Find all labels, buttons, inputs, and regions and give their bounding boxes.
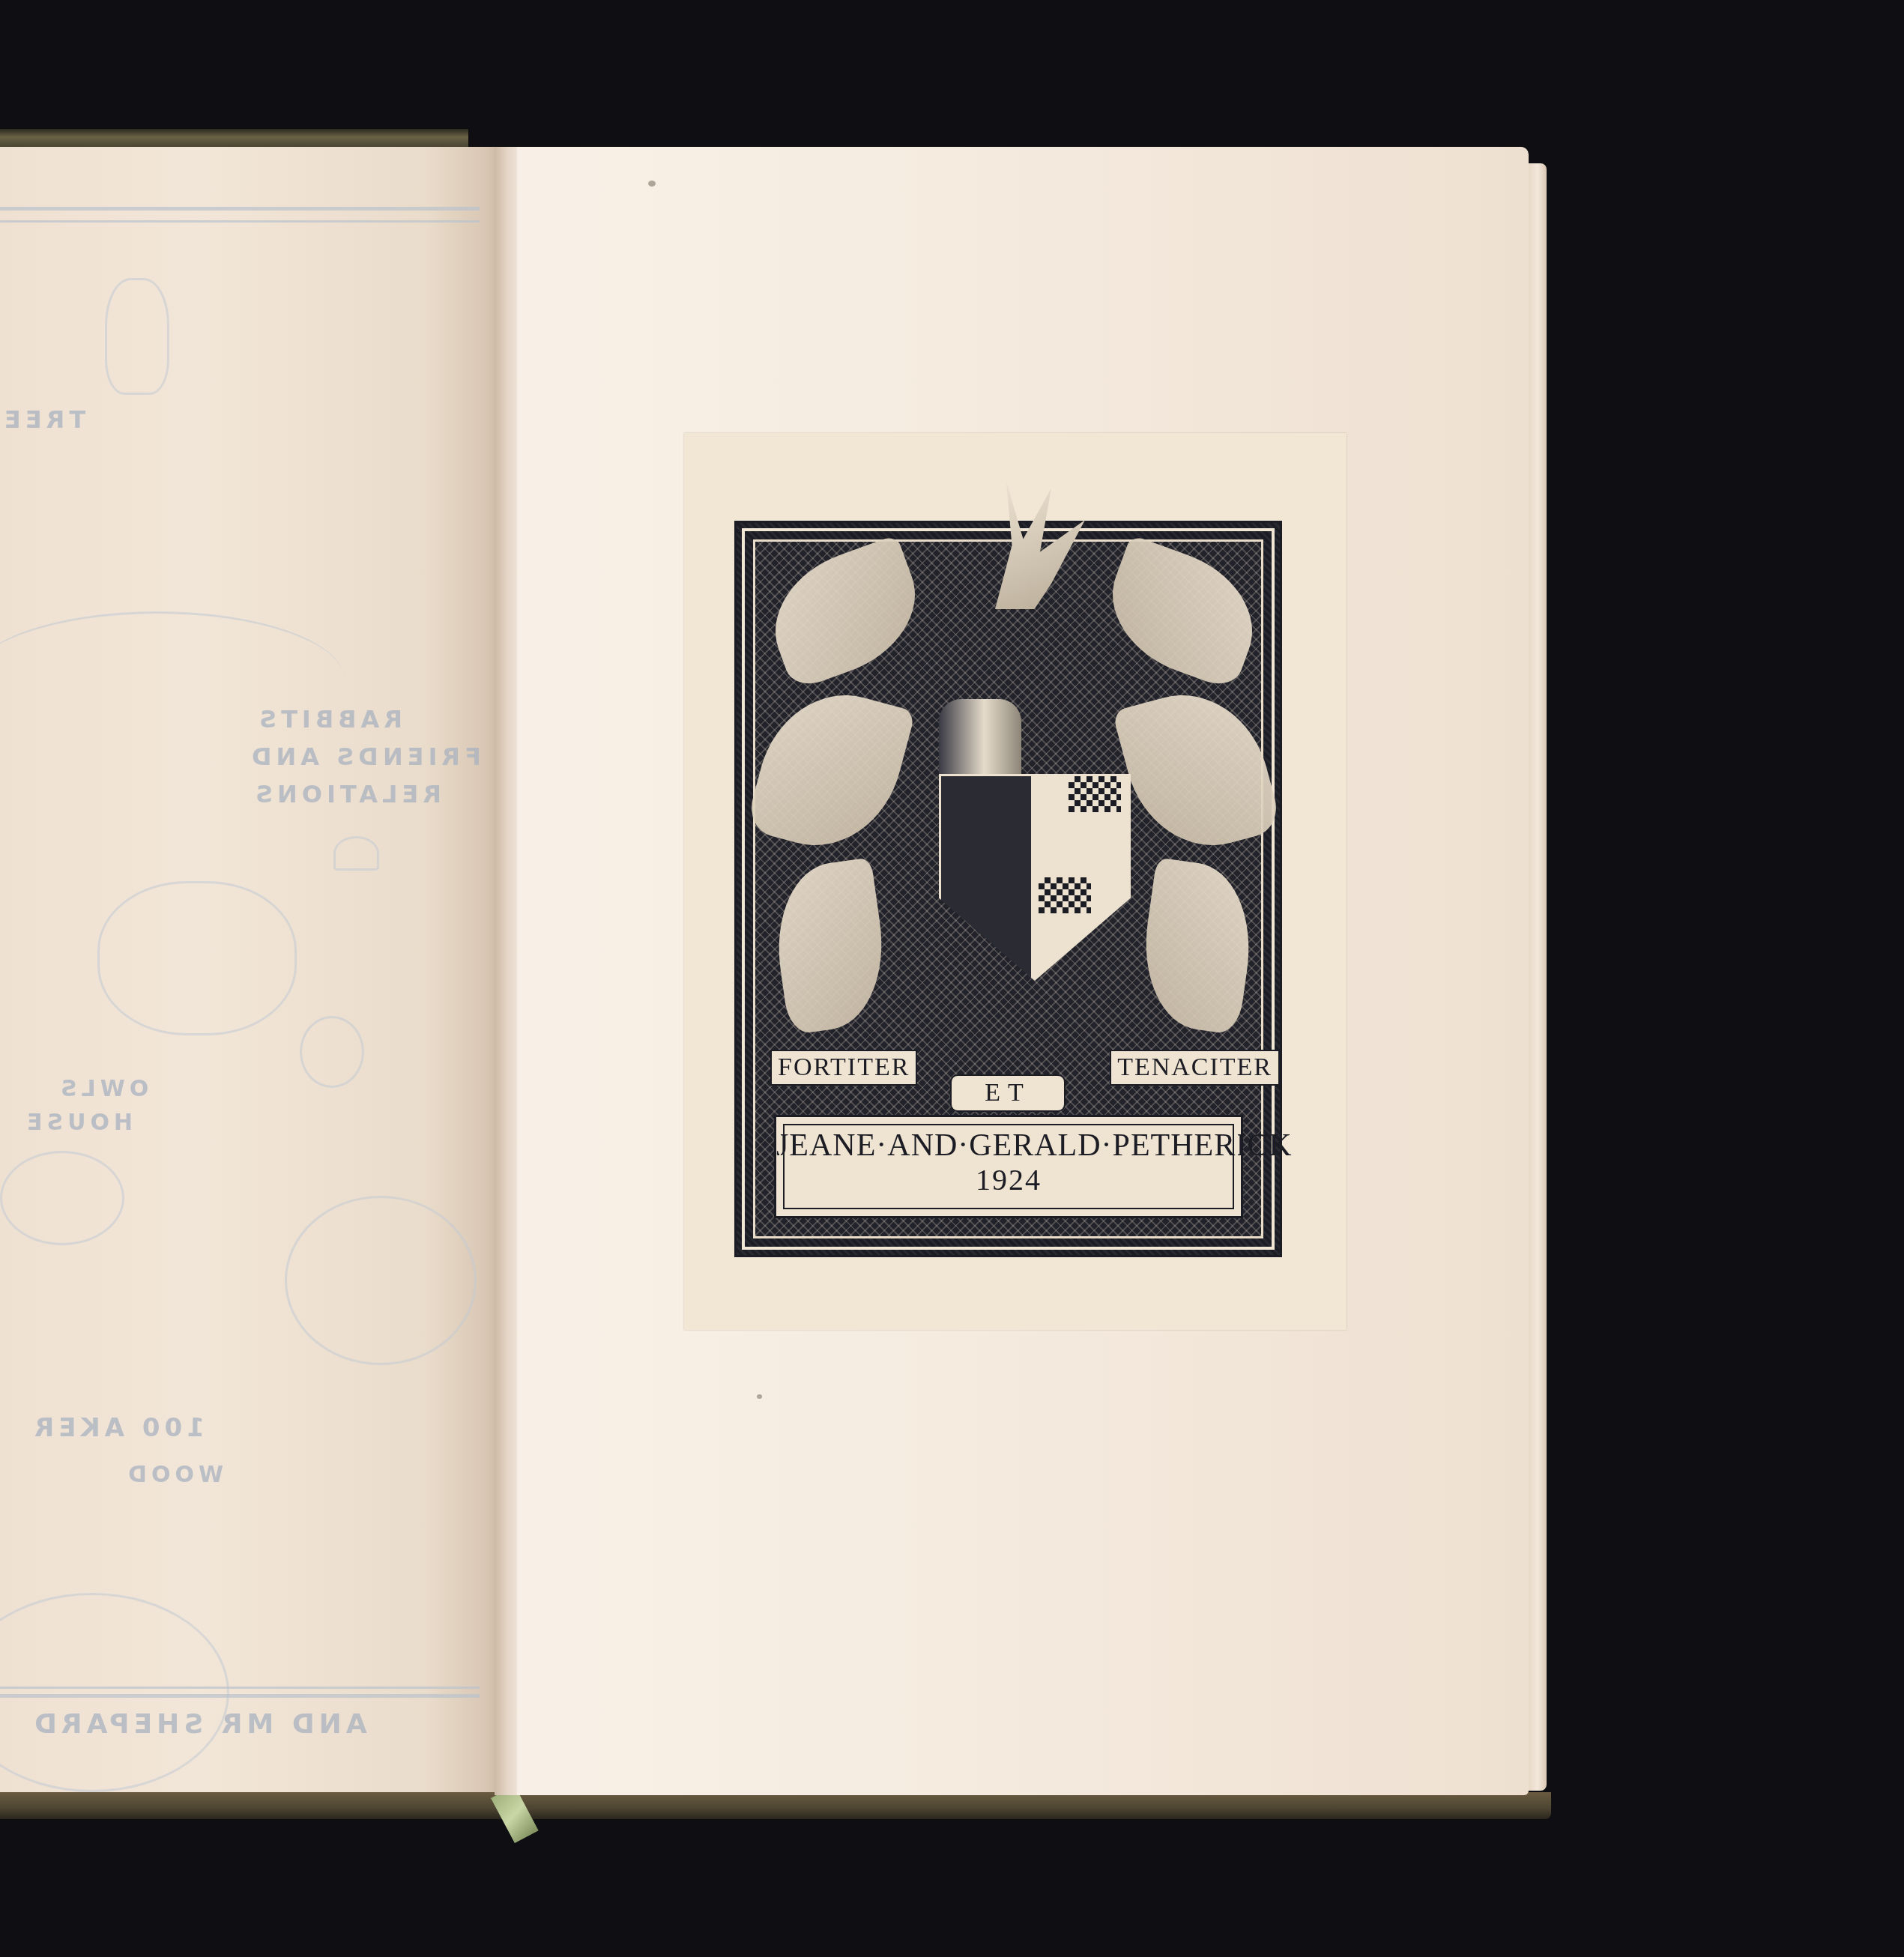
mantling-leaf-icon [745, 677, 916, 863]
mantling-leaf-icon [755, 534, 934, 691]
showthrough-rule-bottom [0, 1687, 480, 1689]
showthrough-text: TREE [0, 405, 85, 434]
chequy-icon [1069, 776, 1121, 812]
quartered-shield-icon [939, 774, 1131, 981]
showthrough-text: FRIENDS AND [247, 742, 481, 771]
mantling-leaf-icon [1112, 677, 1283, 863]
book-cover-top-edge [0, 129, 468, 147]
chequy-icon [1039, 877, 1091, 913]
showthrough-text: WOOD [124, 1462, 223, 1488]
mantling-leaf-icon [767, 857, 893, 1035]
showthrough-map-contour [0, 1593, 229, 1792]
owner-names: JEANE·AND·GERALD·PETHERICK [776, 1128, 1241, 1164]
book-cover-bottom-edge [0, 1792, 1551, 1819]
mantling-leaf-icon [1134, 857, 1260, 1035]
showthrough-text: HOUSE [22, 1110, 133, 1136]
motto-right: TENACITER [1110, 1050, 1280, 1086]
showthrough-rule-top [0, 207, 480, 211]
page-block-edge [1529, 163, 1547, 1791]
mantling-leaf-icon [1092, 534, 1272, 691]
showthrough-tree-clump-icon [97, 881, 297, 1035]
showthrough-tree-clump-icon [285, 1196, 477, 1365]
owner-name-panel: JEANE·AND·GERALD·PETHERICK 1924 [774, 1115, 1243, 1218]
showthrough-hill-icon [333, 836, 379, 871]
showthrough-rule-bottom-outer [0, 1694, 480, 1698]
showthrough-tree-icon [0, 1151, 124, 1245]
showthrough-text: OWLS [56, 1076, 148, 1102]
showthrough-text: RABBITS [255, 705, 402, 734]
paper-spot [648, 181, 656, 187]
paper-spot [757, 1394, 762, 1399]
bookplate: FORTITER TENACITER ET JEANE·AND·GERALD·P… [684, 433, 1347, 1330]
bookplate-year: 1924 [776, 1162, 1241, 1197]
showthrough-text: RELATIONS [251, 780, 441, 808]
showthrough-footer-text: AND MR SHEPARD [30, 1709, 367, 1740]
showthrough-tree-icon [300, 1016, 364, 1088]
showthrough-rule-top-inner [0, 220, 480, 223]
bookplate-engraved-frame: FORTITER TENACITER ET JEANE·AND·GERALD·P… [734, 521, 1282, 1257]
left-page: TREE RABBITS FRIENDS AND RELATIONS OWLS … [0, 147, 501, 1792]
winged-griffin-crest-icon [973, 482, 1085, 609]
showthrough-tree-icon [105, 278, 169, 395]
motto-center: ET [950, 1074, 1066, 1112]
showthrough-text: 100 AKER [30, 1413, 205, 1443]
motto-left: FORTITER [770, 1050, 917, 1086]
